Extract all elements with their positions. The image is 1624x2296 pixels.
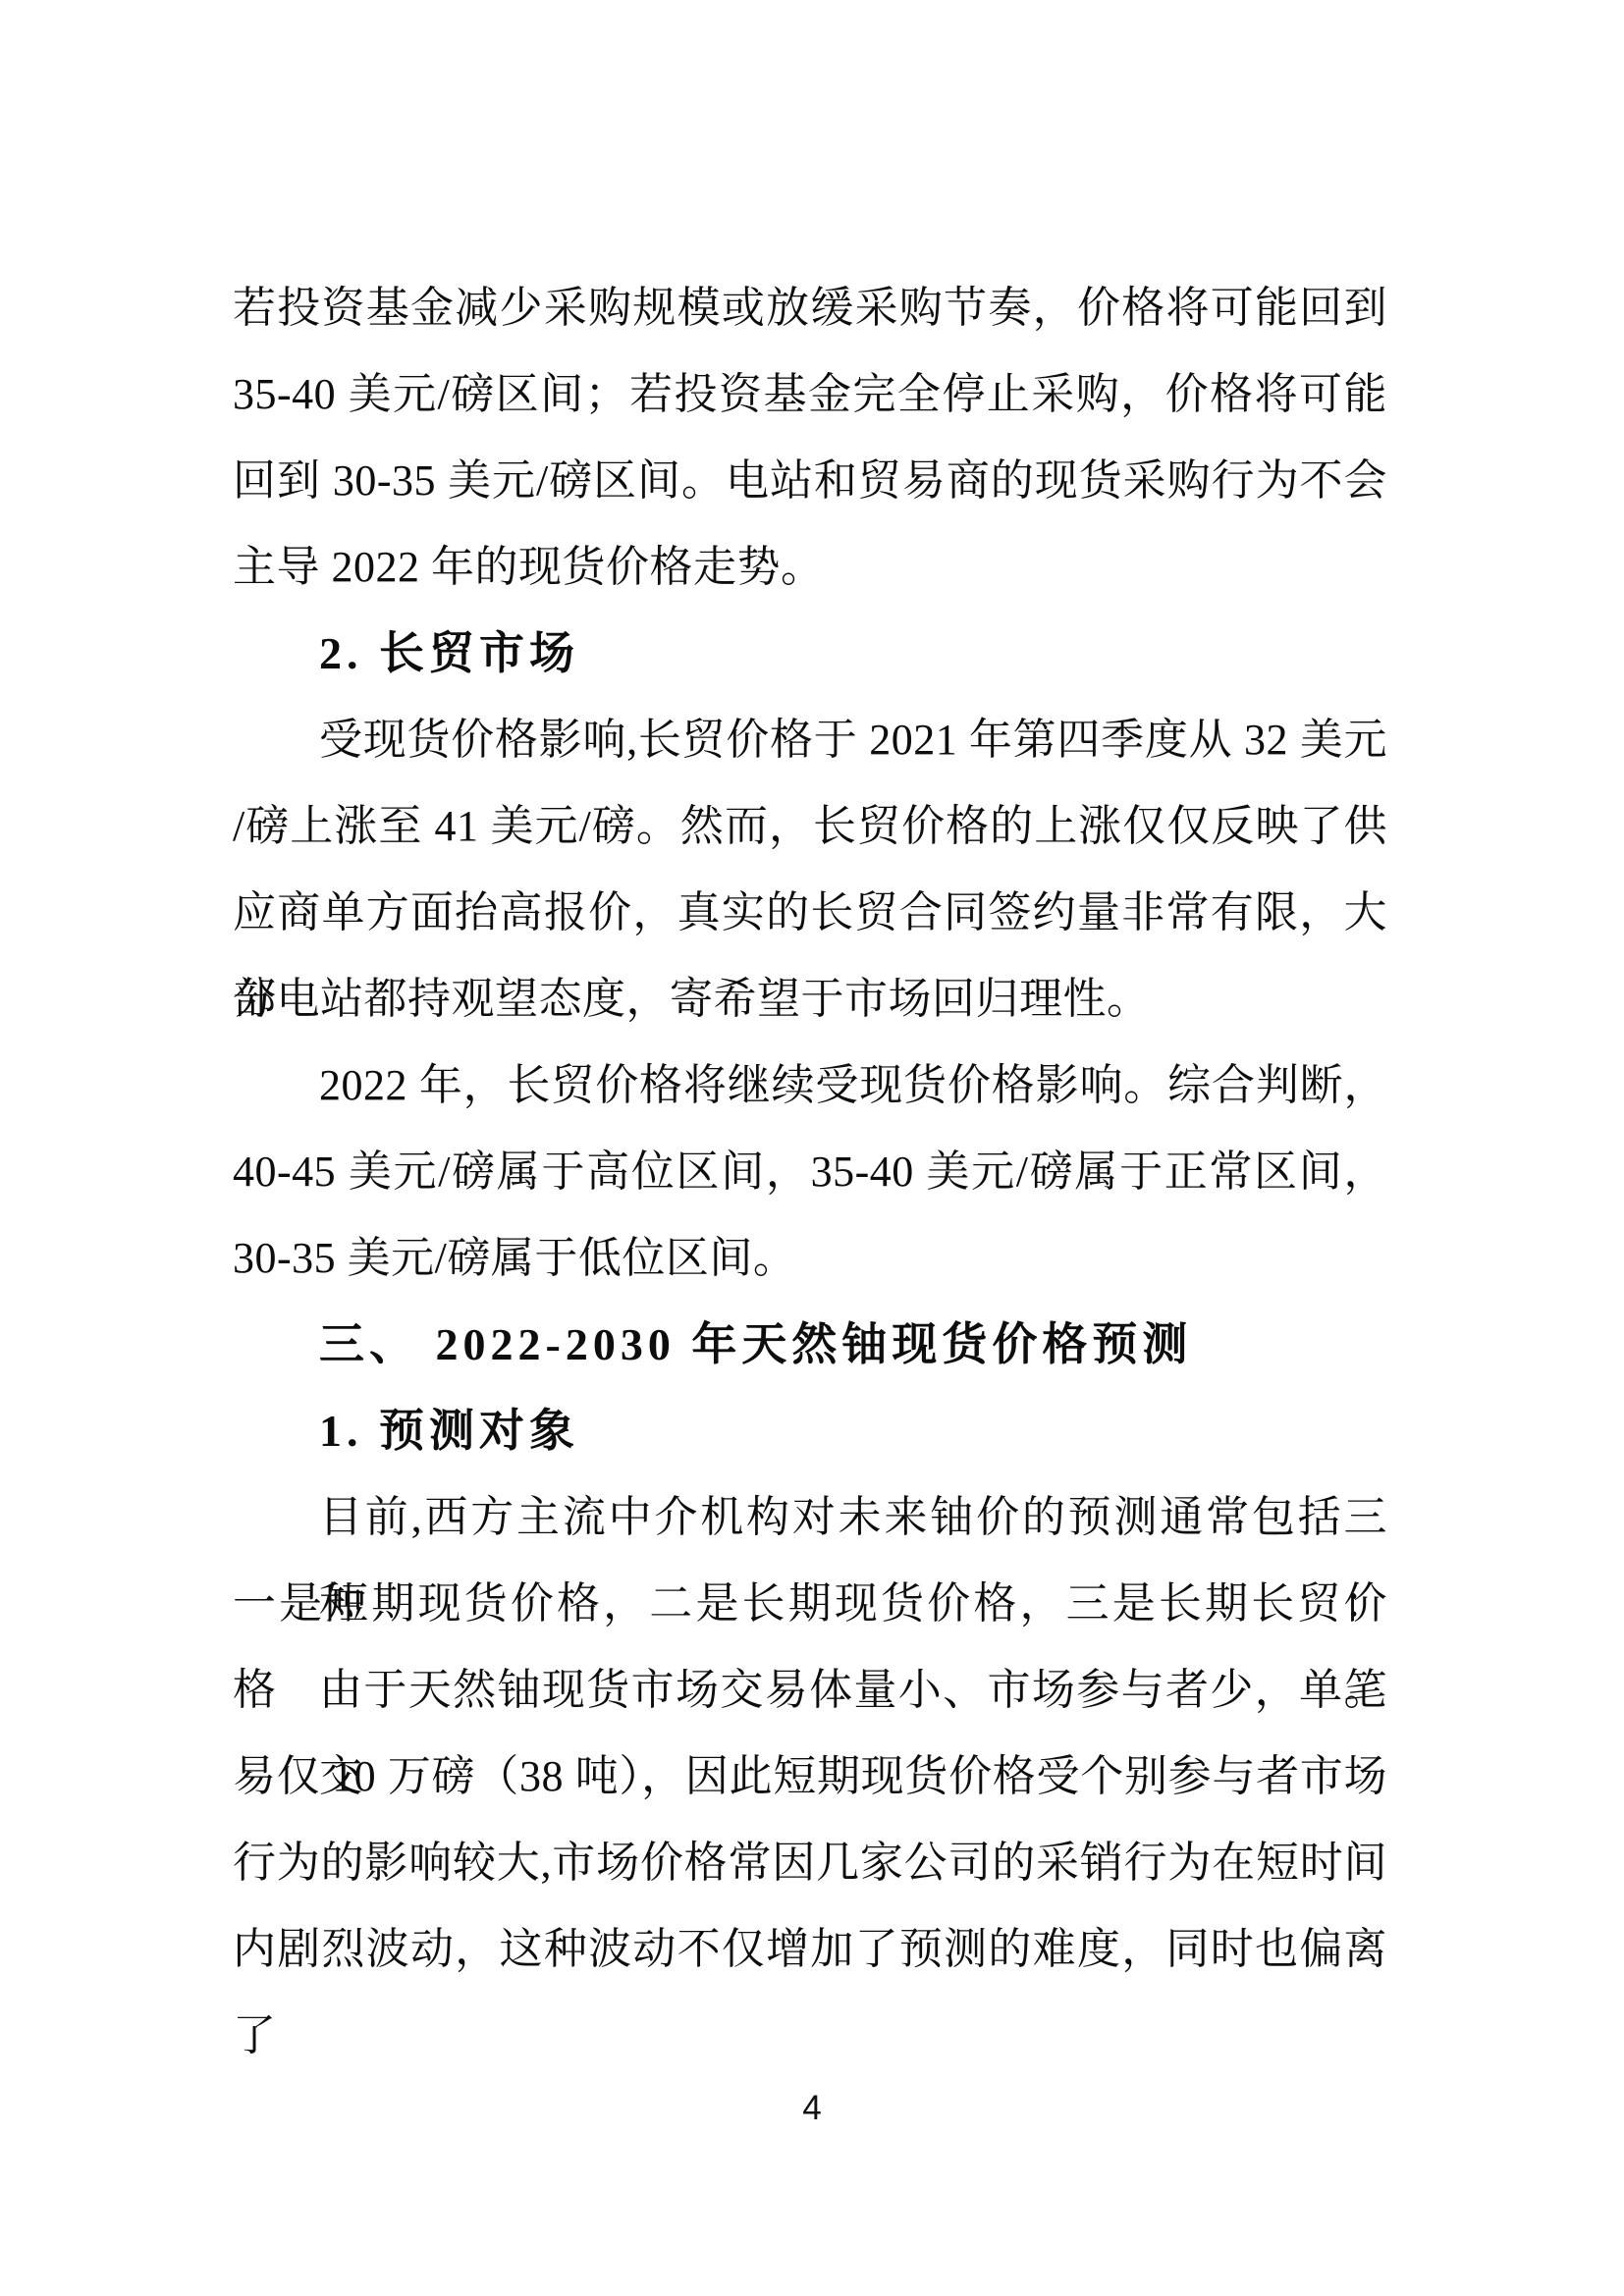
text-line: 35-40 美元/磅区间；若投资基金完全停止采购，价格将可能 <box>233 351 1387 438</box>
text-line: 回到 30-35 美元/磅区间。电站和贸易商的现货采购行为不会 <box>233 438 1387 524</box>
text-line: 分电站都持观望态度，寄希望于市场回归理性。 <box>233 956 1387 1042</box>
text-line: 由于天然铀现货市场交易体量小、市场参与者少，单笔交 <box>233 1647 1387 1734</box>
text-line: 若投资基金减少采购规模或放缓采购节奏，价格将可能回到 <box>233 265 1387 351</box>
document-page: 若投资基金减少采购规模或放缓采购节奏，价格将可能回到35-40 美元/磅区间；若… <box>0 0 1624 2296</box>
document-text-block: 若投资基金减少采购规模或放缓采购节奏，价格将可能回到35-40 美元/磅区间；若… <box>233 265 1387 1993</box>
text-line: 2022 年，长贸价格将继续受现货价格影响。综合判断， <box>233 1042 1387 1129</box>
section-heading: 三、 2022-2030 年天然铀现货价格预测 <box>233 1302 1387 1388</box>
footer-page-number: 4 <box>0 2089 1624 2128</box>
text-line: /磅上涨至 41 美元/磅。然而，长贸价格的上涨仅仅反映了供 <box>233 783 1387 870</box>
text-line: 主导 2022 年的现货价格走势。 <box>233 524 1387 611</box>
text-line: 内剧烈波动，这种波动不仅增加了预测的难度，同时也偏离了 <box>233 1906 1387 1993</box>
text-line: 40-45 美元/磅属于高位区间，35-40 美元/磅属于正常区间， <box>233 1129 1387 1215</box>
text-line: 一是短期现货价格，二是长期现货价格，三是长期长贸价格。 <box>233 1561 1387 1647</box>
text-line: 应商单方面抬高报价，真实的长贸合同签约量非常有限，大部 <box>233 870 1387 956</box>
text-line: 受现货价格影响,长贸价格于 2021 年第四季度从 32 美元 <box>233 697 1387 783</box>
text-line: 易仅 10 万磅（38 吨），因此短期现货价格受个别参与者市场 <box>233 1734 1387 1820</box>
text-line: 目前,西方主流中介机构对未来铀价的预测通常包括三种： <box>233 1474 1387 1561</box>
text-line: 30-35 美元/磅属于低位区间。 <box>233 1215 1387 1302</box>
section-heading: 2. 长贸市场 <box>233 611 1387 697</box>
section-heading: 1. 预测对象 <box>233 1388 1387 1474</box>
text-line: 行为的影响较大,市场价格常因几家公司的采销行为在短时间 <box>233 1820 1387 1906</box>
